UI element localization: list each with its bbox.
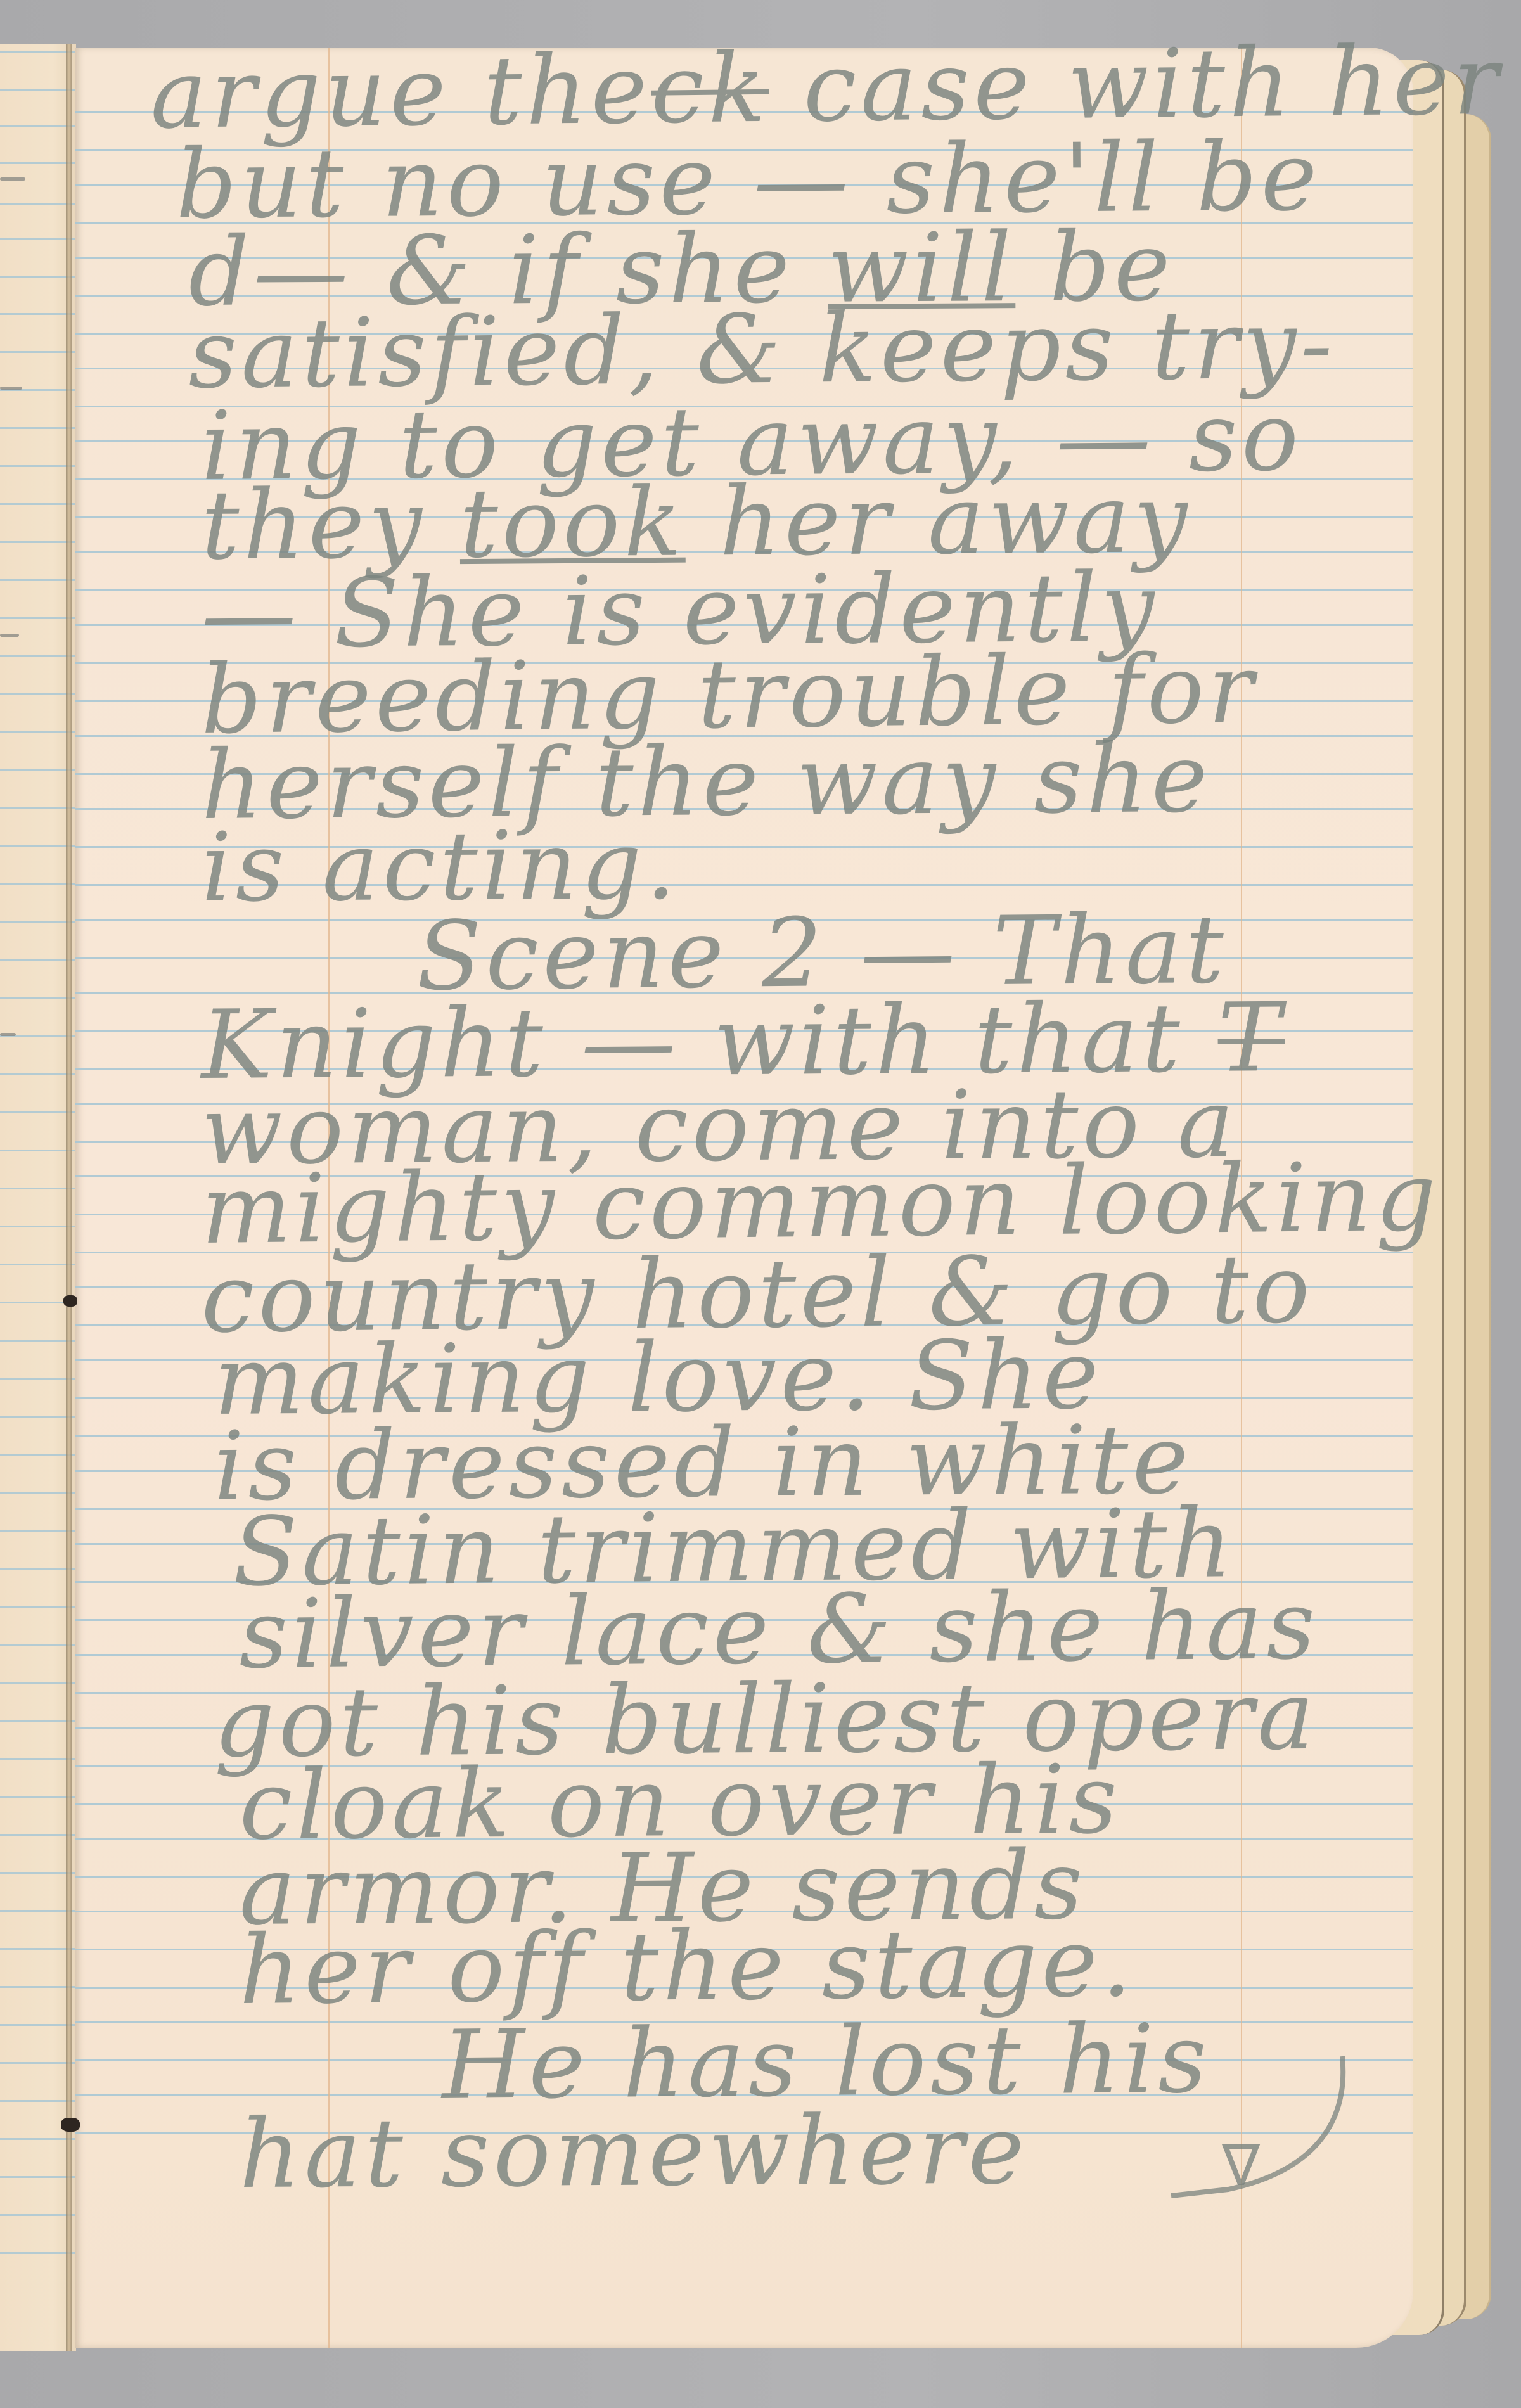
- rule-line: [0, 2252, 76, 2254]
- rule-line: [0, 1758, 76, 1760]
- rule-line: [0, 427, 76, 429]
- rule-line: [0, 351, 76, 353]
- rule-line: [0, 125, 76, 127]
- rule-line: [0, 1530, 76, 1532]
- rule-line: [0, 883, 76, 885]
- staple-hole: [61, 2118, 80, 2132]
- pencil-mark: [0, 634, 19, 637]
- text-line: her off the stage.: [239, 1916, 1136, 2018]
- rule-line: [0, 276, 76, 278]
- text-line: hat somewhere: [239, 2103, 1028, 2202]
- pencil-mark: [0, 177, 25, 181]
- rule-line: [0, 1910, 76, 1912]
- rule-line: [0, 1986, 76, 1988]
- rule-line: [0, 1872, 76, 1874]
- rule-line: [0, 1682, 76, 1684]
- rule-line: [0, 1644, 76, 1646]
- rule-line: [0, 2062, 76, 2064]
- rule-line: [0, 1073, 76, 1075]
- rule-line: [0, 617, 76, 619]
- rule-line: [0, 2100, 76, 2102]
- rule-line: [0, 162, 76, 164]
- rule-line: [0, 1948, 76, 1950]
- rule-line: [0, 1111, 76, 1113]
- notebook-page: argue theck case with her but no use — s…: [75, 48, 1413, 2348]
- rule-line: [0, 1796, 76, 1798]
- rule-line: [0, 313, 76, 315]
- rule-line: [0, 1188, 76, 1189]
- rule-line: [0, 1416, 76, 1418]
- rule-line: [0, 2138, 76, 2140]
- rule-line: [0, 238, 76, 240]
- notebook-spine: [66, 44, 72, 2351]
- rule-line: [0, 807, 76, 809]
- rule-line: [0, 1226, 76, 1227]
- staple-hole: [63, 1295, 77, 1307]
- rule-line: [0, 1606, 76, 1608]
- rule-line: [0, 1340, 76, 1342]
- rule-line: [0, 1264, 76, 1265]
- rule-line: [0, 655, 76, 657]
- rule-line: [0, 959, 76, 961]
- rule-line: [0, 1492, 76, 1494]
- rule-line: [0, 1454, 76, 1456]
- end-mark-icon: ∇: [1222, 2132, 1260, 2199]
- rule-line: [0, 503, 76, 505]
- rule-line: [0, 731, 76, 733]
- pencil-mark: [0, 387, 22, 390]
- notebook-scan: argue theck case with her but no use — s…: [0, 0, 1521, 2408]
- rule-line: [0, 1720, 76, 1722]
- rule-line: [0, 541, 76, 543]
- rule-line: [0, 89, 76, 91]
- pencil-mark: [0, 1033, 16, 1036]
- rule-line: [0, 2024, 76, 2026]
- rule-line: [0, 1568, 76, 1570]
- rule-line: [0, 465, 76, 467]
- rule-line: [0, 1834, 76, 1836]
- rule-line: [0, 997, 76, 999]
- rule-line: [0, 51, 76, 53]
- rule-line: [0, 845, 76, 847]
- left-page: [0, 44, 76, 2351]
- handwritten-text: argue theck case with her but no use — s…: [75, 48, 1413, 2348]
- rule-line: [0, 693, 76, 695]
- rule-line: [0, 1378, 76, 1380]
- rule-line: [0, 2176, 76, 2178]
- rule-line: [0, 921, 76, 923]
- rule-line: [0, 579, 76, 581]
- rule-line: [0, 769, 76, 771]
- rule-line: [0, 203, 76, 205]
- rule-line: [0, 1150, 76, 1151]
- rule-line: [0, 2214, 76, 2216]
